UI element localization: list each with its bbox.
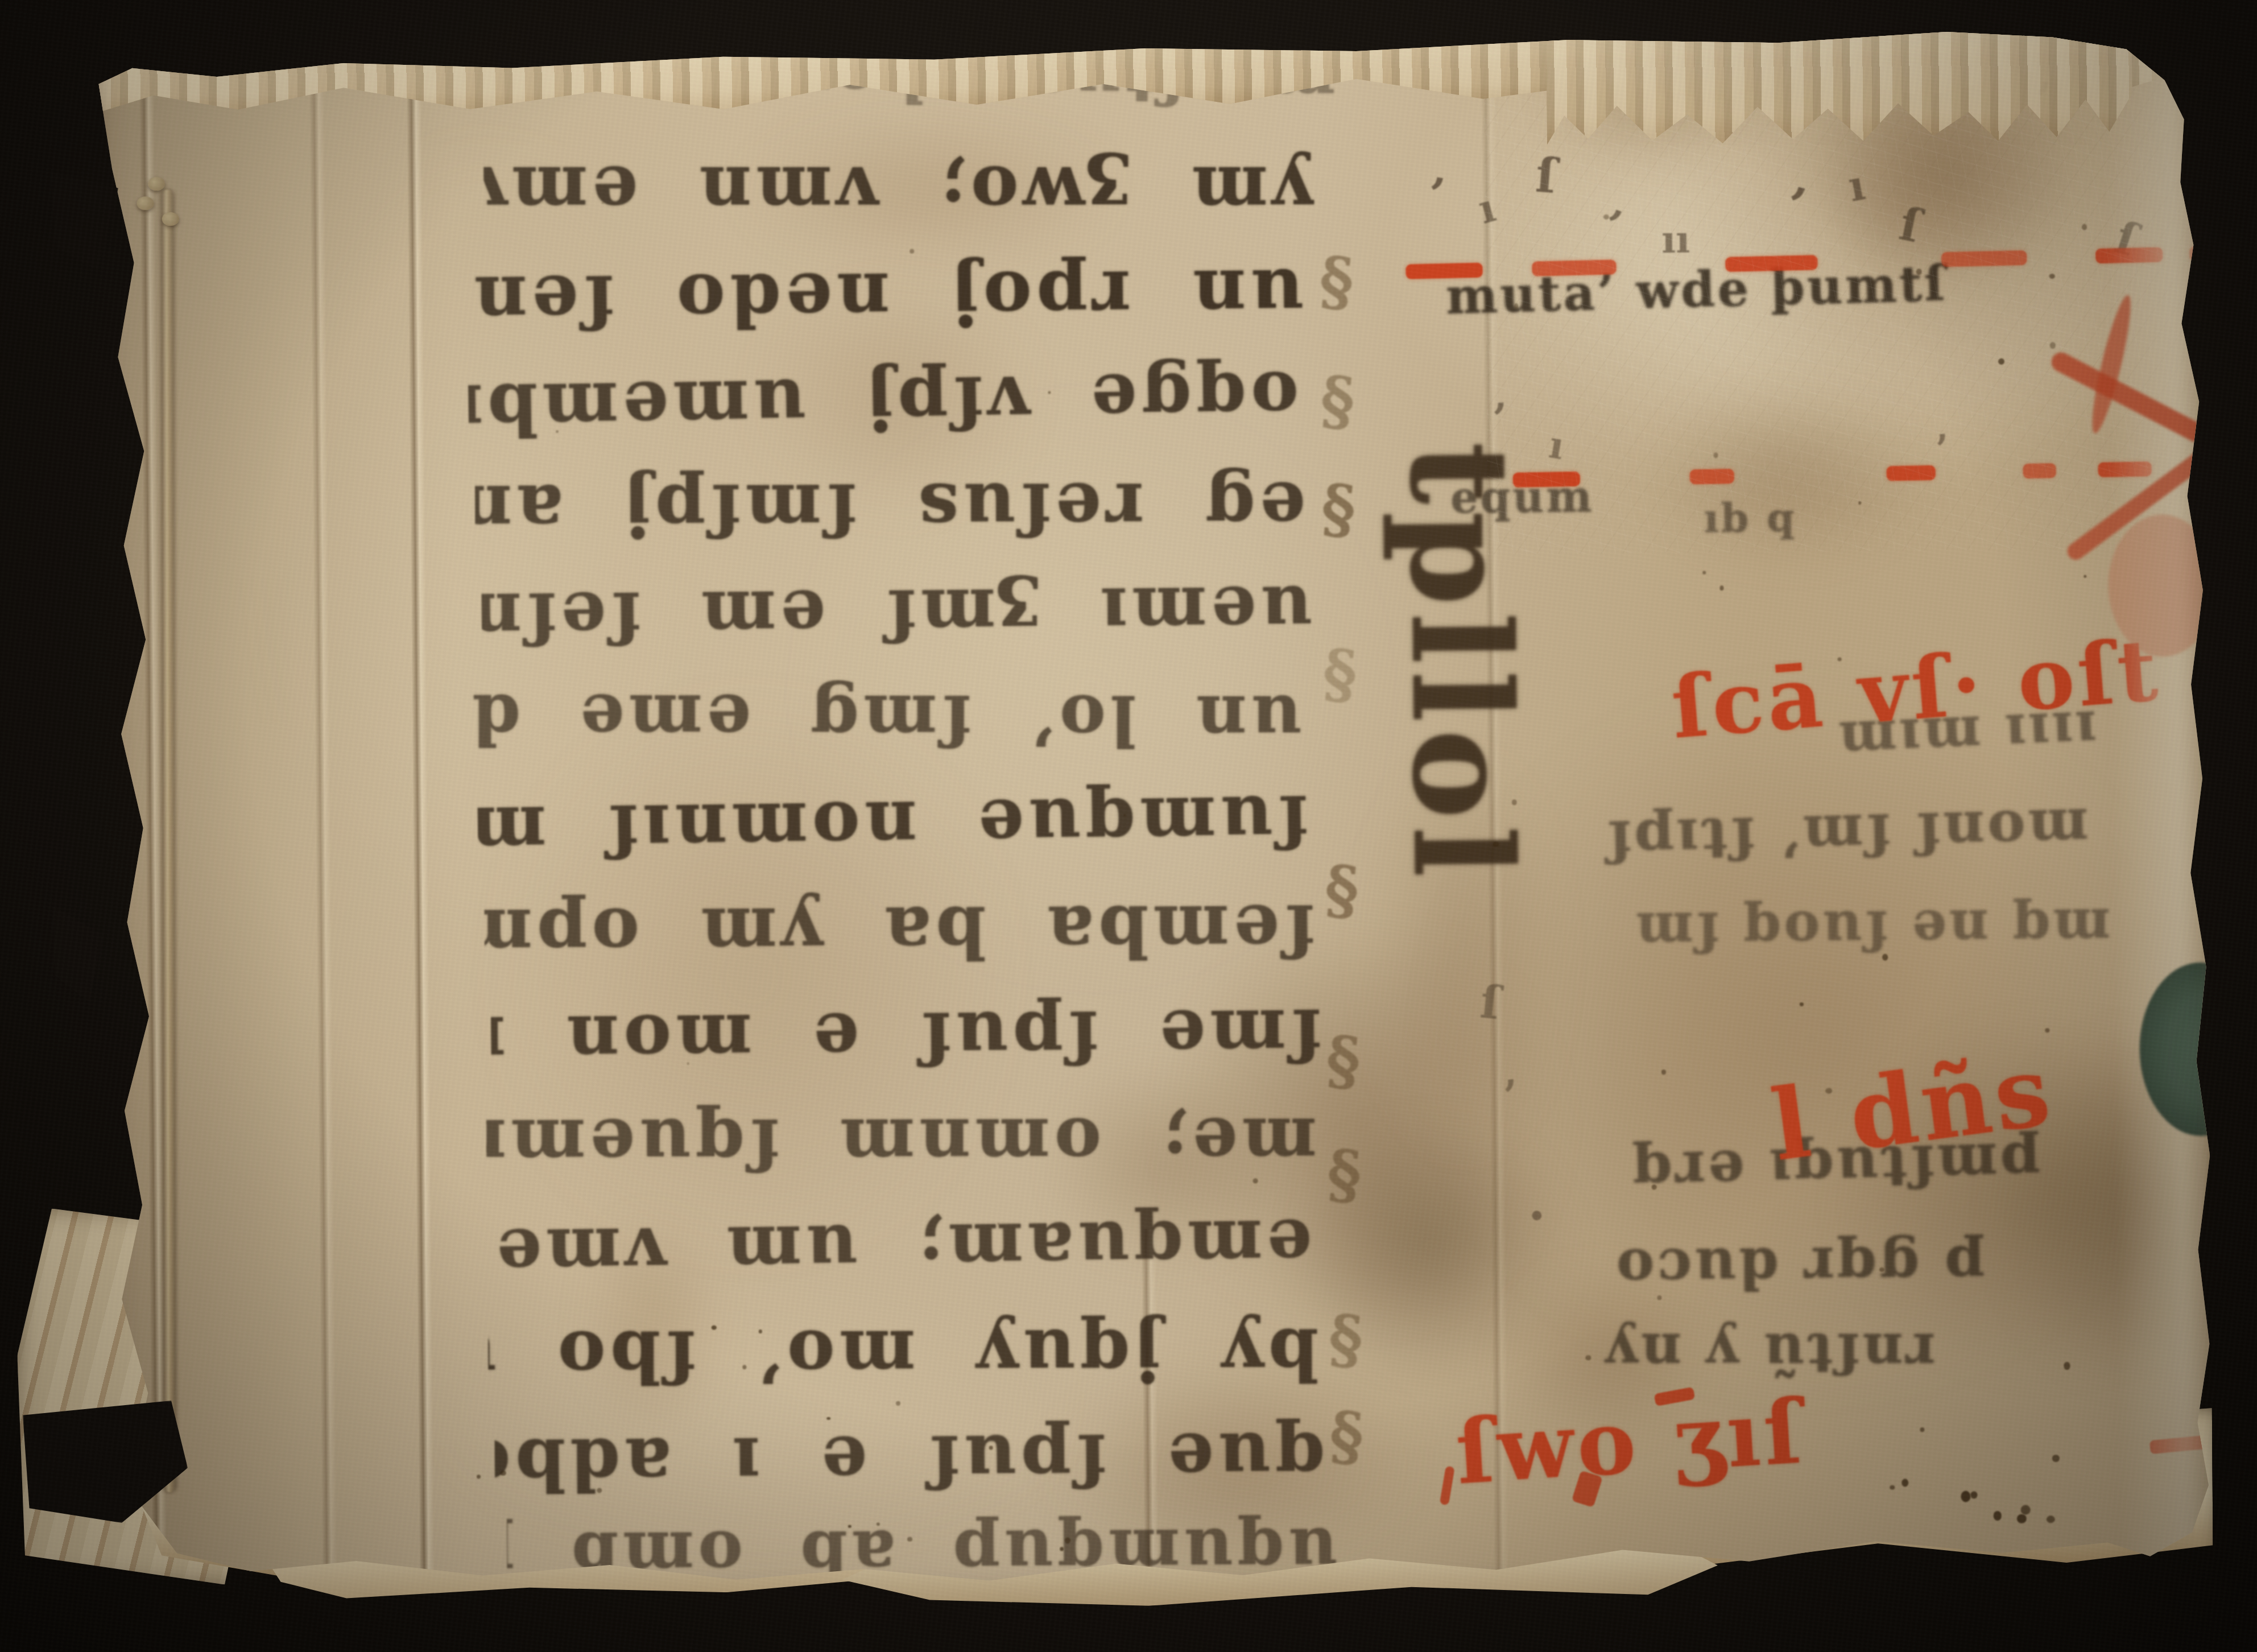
- parchment-page: mı ſtuqo ber ſmıʒ naſym ʒwo; vmn emvſm m…: [90, 25, 2214, 1613]
- page-lighting: [90, 25, 2214, 1613]
- torn-edge-slit: [52, 906, 104, 1002]
- red-ruling-dash: [2196, 460, 2214, 476]
- manuscript-photograph: mı ſtuqo ber ſmıʒ naſym ʒwo; vmn emvſm m…: [0, 0, 2257, 1652]
- torn-edge-hole: [50, 160, 118, 271]
